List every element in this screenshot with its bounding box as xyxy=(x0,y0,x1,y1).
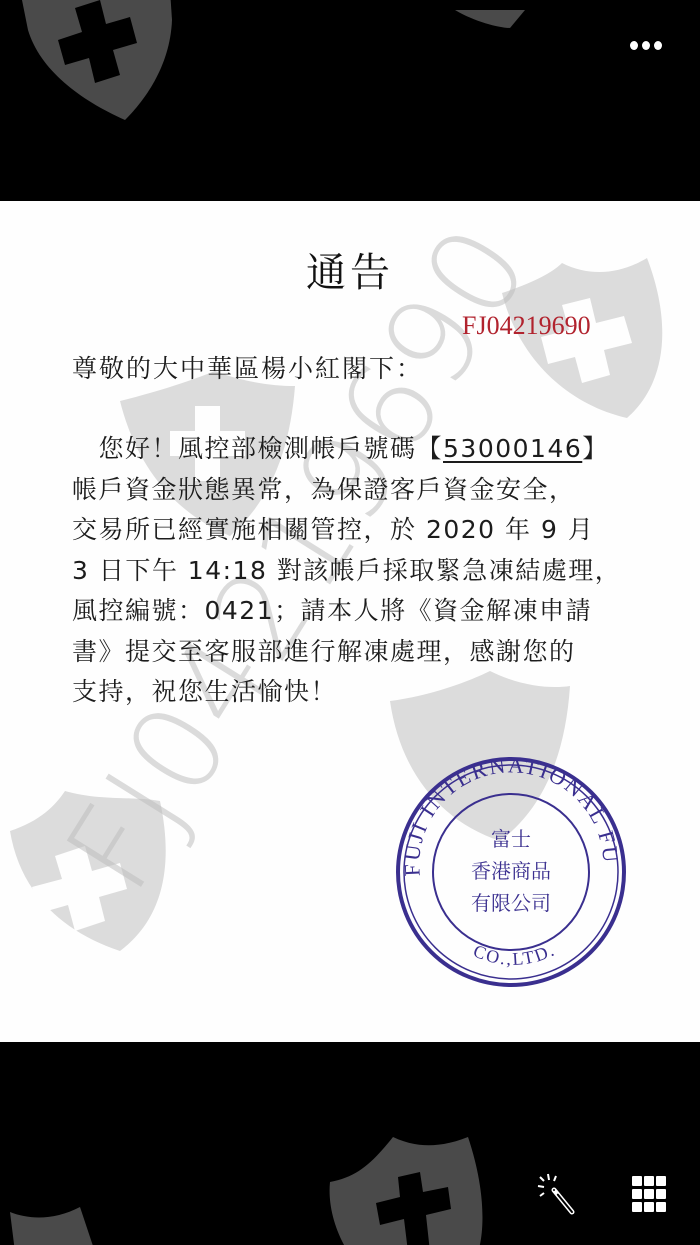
shield-watermark-icon xyxy=(450,0,530,30)
dot-icon xyxy=(642,41,650,50)
body-line: 書》提交至客服部進行解凍處理，感謝您的 xyxy=(72,632,632,673)
magic-wand-icon[interactable] xyxy=(536,1172,580,1216)
body-line: 風控編號：0421；請本人將《資金解凍申請 xyxy=(72,591,632,632)
body-line: 支持，祝您生活愉快！ xyxy=(72,672,632,713)
body-line: 3 日下午 14:18 對該帳戶採取緊急凍結處理， xyxy=(72,551,632,592)
notice-body: 您好！風控部檢測帳戶號碼【53000146】 帳戶資金狀態異常，為保證客戶資金安… xyxy=(72,429,632,713)
shield-watermark-icon xyxy=(0,1202,100,1245)
shield-watermark-icon xyxy=(328,1137,488,1245)
dot-icon xyxy=(654,41,662,50)
viewer-top-bar xyxy=(0,0,700,201)
svg-text:富士: 富士 xyxy=(491,827,531,851)
svg-text:有限公司: 有限公司 xyxy=(471,891,551,915)
dot-icon xyxy=(630,41,638,50)
company-seal-stamp: FUJI INTERNATIONAL FUTURES CO.,LTD. 富士 香… xyxy=(393,754,629,990)
grid-view-icon[interactable] xyxy=(628,1174,670,1214)
salutation: 尊敬的大中華區楊小紅閣下： xyxy=(72,349,423,385)
body-line: 您好！風控部檢測帳戶號碼【53000146】 xyxy=(72,429,632,470)
svg-text:香港商品: 香港商品 xyxy=(471,859,551,883)
notice-title: 通告 xyxy=(0,241,700,298)
viewer-bottom-bar xyxy=(0,1042,700,1245)
shield-watermark-icon xyxy=(20,0,180,130)
svg-text:CO.,LTD.: CO.,LTD. xyxy=(471,939,559,969)
account-number: 53000146 xyxy=(443,434,582,463)
body-line: 帳戶資金狀態異常，為保證客戶資金安全， xyxy=(72,470,632,511)
notice-document-image: FJ04219690 通告 FJ04219690 尊敬的大中華區楊小紅閣下： 您… xyxy=(0,201,700,1042)
reference-number: FJ04219690 xyxy=(462,311,591,341)
body-line: 交易所已經實施相關管控，於 2020 年 9 月 xyxy=(72,510,632,551)
more-options-button[interactable] xyxy=(630,36,666,54)
